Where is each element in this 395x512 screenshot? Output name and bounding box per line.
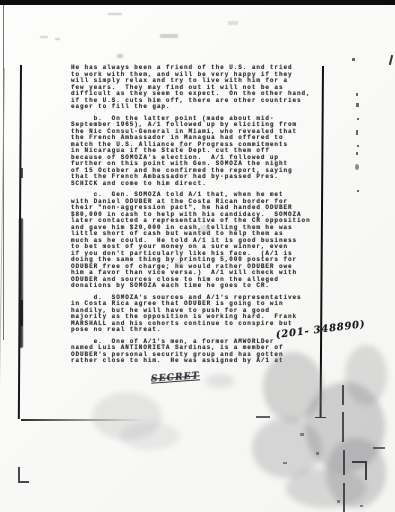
scan-noise	[175, 262, 183, 266]
scan-noise	[200, 225, 210, 233]
scan-artifact	[20, 168, 23, 178]
scan-noise	[55, 38, 60, 40]
scan-noise	[117, 54, 123, 58]
typewritten-paragraph: c. Gen. SOMOZA told A/1 that, when he me…	[71, 192, 321, 290]
scan-noise	[316, 452, 319, 455]
scan-noise	[356, 103, 359, 107]
typewritten-paragraph: b. On the latter point (made about mid- …	[71, 116, 321, 188]
scan-noise	[300, 433, 304, 436]
scanned-page: He has always been a friend of the U.S. …	[0, 0, 395, 512]
scan-noise	[40, 36, 48, 38]
scan-noise	[360, 505, 363, 507]
scan-noise	[352, 58, 355, 61]
scan-noise	[357, 118, 359, 120]
scan-corner-mark	[352, 461, 367, 480]
scan-smudge	[205, 374, 235, 388]
scan-noise	[160, 34, 178, 38]
scan-artifact	[389, 55, 393, 65]
scan-corner-mark	[18, 467, 29, 483]
scan-noise	[356, 93, 358, 96]
scan-smudge	[345, 345, 387, 405]
scan-artifact	[256, 416, 270, 418]
scan-smudge	[120, 422, 180, 450]
scan-noise	[357, 145, 359, 147]
scan-noise	[355, 164, 359, 170]
secret-stamp: SECRET	[151, 371, 200, 384]
scan-artifact	[342, 412, 344, 442]
scan-noise	[373, 447, 385, 449]
scan-artifact	[343, 450, 345, 475]
typewritten-paragraph: He has always been a friend of the U.S. …	[71, 65, 321, 111]
scan-noise	[337, 500, 340, 503]
scan-noise	[356, 152, 358, 155]
scan-artifact	[343, 483, 345, 512]
typewritten-text-block: He has always been a friend of the U.S. …	[71, 65, 321, 370]
scan-noise	[178, 145, 184, 148]
scan-noise	[357, 190, 359, 192]
scan-top-edge	[0, 0, 395, 5]
scan-artifact	[20, 300, 23, 326]
left-margin-line-blotch	[19, 218, 22, 348]
scan-noise	[228, 21, 238, 25]
scan-artifact	[342, 385, 344, 405]
scan-noise	[283, 462, 287, 464]
scan-noise	[356, 130, 358, 135]
scan-noise	[108, 13, 122, 15]
typewritten-paragraph: d. SOMOZA's sources and A/1's representa…	[71, 295, 321, 334]
